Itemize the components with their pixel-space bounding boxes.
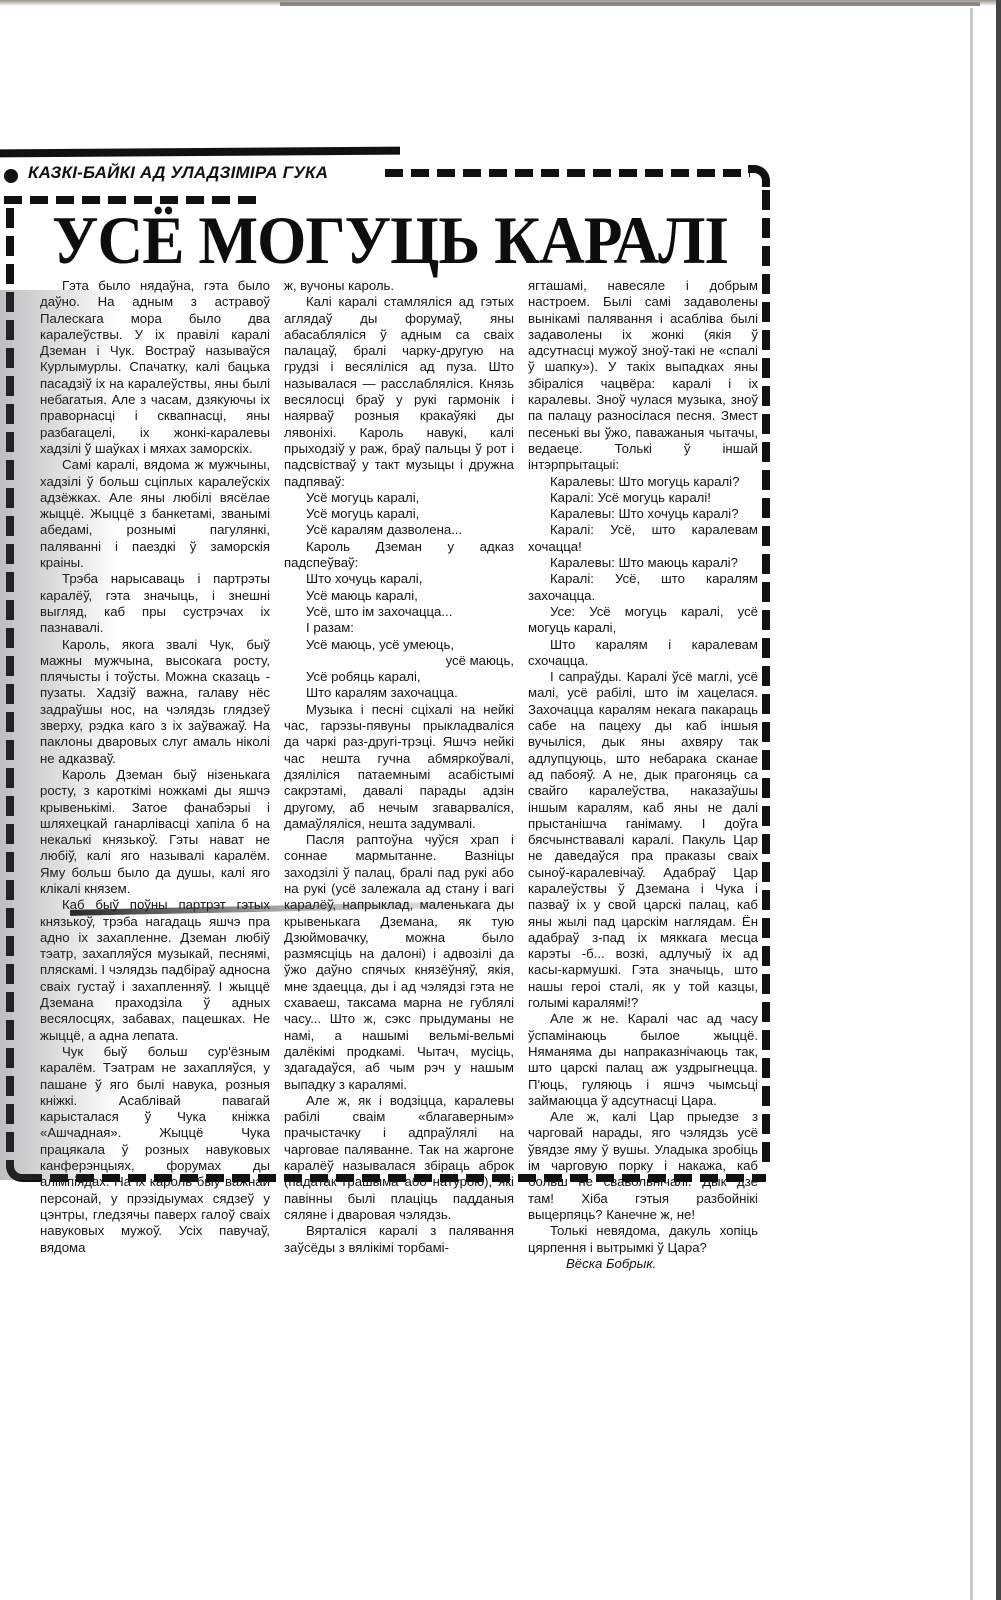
paragraph: Вярталіся каралі з палявання заўсёды з в… <box>284 1223 514 1256</box>
frame-corner-top-right <box>748 165 770 187</box>
paragraph: І сапраўды. Каралі ўсё маглі, усё малі, … <box>528 669 758 1011</box>
verse-line: І разам: <box>284 620 514 636</box>
headline: УСЁ МОГУЦЬ КАРАЛІ <box>52 205 703 275</box>
rubric-bullet-icon <box>4 169 18 183</box>
verse-line: Усё маюць, усё умеюць, <box>284 637 514 653</box>
verse-line: Што хочуць каралі, <box>284 571 514 587</box>
paragraph: Але ж, як і водзіцца, каралевы рабілі св… <box>284 1093 514 1223</box>
paragraph: Каб быў поўны партрэт гэтых князькоў, тр… <box>40 897 270 1044</box>
paragraph: Гэта было нядаўна, гэта было даўно. На а… <box>40 278 270 457</box>
paragraph: Чук быў больш сур'ёзным каралём. Тэатрам… <box>40 1044 270 1256</box>
paragraph: Музыка і песні сціхалі на нейкі час, гар… <box>284 702 514 832</box>
newspaper-article: КАЗКІ-БАЙКІ АД УЛАДЗІМІРА ГУКА УСЁ МОГУЦ… <box>0 160 790 1240</box>
paragraph: Але ж не. Каралі час ад часу ўспамінаюць… <box>528 1011 758 1109</box>
frame-top-right-dashes <box>385 169 750 177</box>
page-fold-top <box>280 2 980 6</box>
verse-line: Каралевы: Што могуць каралі? <box>528 474 758 490</box>
paragraph: Кароль Дземан быў нізенькага росту, з ка… <box>40 767 270 897</box>
verse-line: усё маюць, <box>284 653 514 669</box>
paragraph: Але ж, калі Цар прыедзе з чарговай нарад… <box>528 1109 758 1223</box>
page-edge <box>970 8 973 1600</box>
column-3: ягташамі, навесяле і добрым настроем. Бы… <box>528 278 758 1272</box>
signature: Вёска Бобрык. <box>528 1256 758 1272</box>
paragraph: Трэба нарысаваць і партрэты каралёў, гэт… <box>40 571 270 636</box>
paragraph: Толькі невядома, дакуль хопіць цярпення … <box>528 1223 758 1256</box>
column-2: ж, вучоны кароль.Калі каралі стамляліся … <box>284 278 514 1272</box>
paragraph: ягташамі, навесяле і добрым настроем. Бы… <box>528 278 758 474</box>
paragraph: Калі каралі стамляліся ад гэтых аглядаў … <box>284 294 514 490</box>
verse-line: Што каралям захочацца. <box>284 685 514 701</box>
paragraph: Усе: Усё могуць каралі, усё могуць карал… <box>528 604 758 637</box>
verse-line: Усё маюць каралі, <box>284 588 514 604</box>
verse-line: Усё, што ім захочацца... <box>284 604 514 620</box>
verse-line: Усё могуць каралі, <box>284 506 514 522</box>
paragraph: Самі каралі, вядома ж мужчыны, хадзілі ў… <box>40 457 270 571</box>
frame-left-dashes <box>6 208 14 1168</box>
paragraph: Што каралям і каралевам схочацца. <box>528 637 758 670</box>
paragraph: Пасля раптоўна чуўся храп і соннае мармы… <box>284 832 514 1093</box>
frame-right-dashes <box>762 190 770 1170</box>
paragraph: Кароль, якога звалі Чук, быў мажны мужчы… <box>40 637 270 767</box>
verse-line: Каралі: Усё могуць каралі! <box>528 490 758 506</box>
paragraph: ж, вучоны кароль. <box>284 278 514 294</box>
rubric-title: КАЗКІ-БАЙКІ АД УЛАДЗІМІРА ГУКА <box>28 163 328 183</box>
verse-line: Усё робяць каралі, <box>284 669 514 685</box>
verse-line: Каралевы: Што хочуць каралі? <box>528 506 758 522</box>
paragraph: Каралі: Усё, што каралевам хочацца! <box>528 522 758 555</box>
verse-line: Каралевы: Што маюць каралі? <box>528 555 758 571</box>
ink-bar <box>0 147 400 158</box>
column-1: Гэта было нядаўна, гэта было даўно. На а… <box>40 278 270 1272</box>
verse-line: Усё могуць каралі, <box>284 490 514 506</box>
article-columns: Гэта было нядаўна, гэта было даўно. На а… <box>40 278 760 1272</box>
verse-line: Усё каралям дазволена... <box>284 522 514 538</box>
paragraph: Каралі: Усё, што каралям захочацца. <box>528 571 758 604</box>
paragraph: Кароль Дземан у адказ падспеўваў: <box>284 539 514 572</box>
scanner-edge <box>996 0 1001 1600</box>
